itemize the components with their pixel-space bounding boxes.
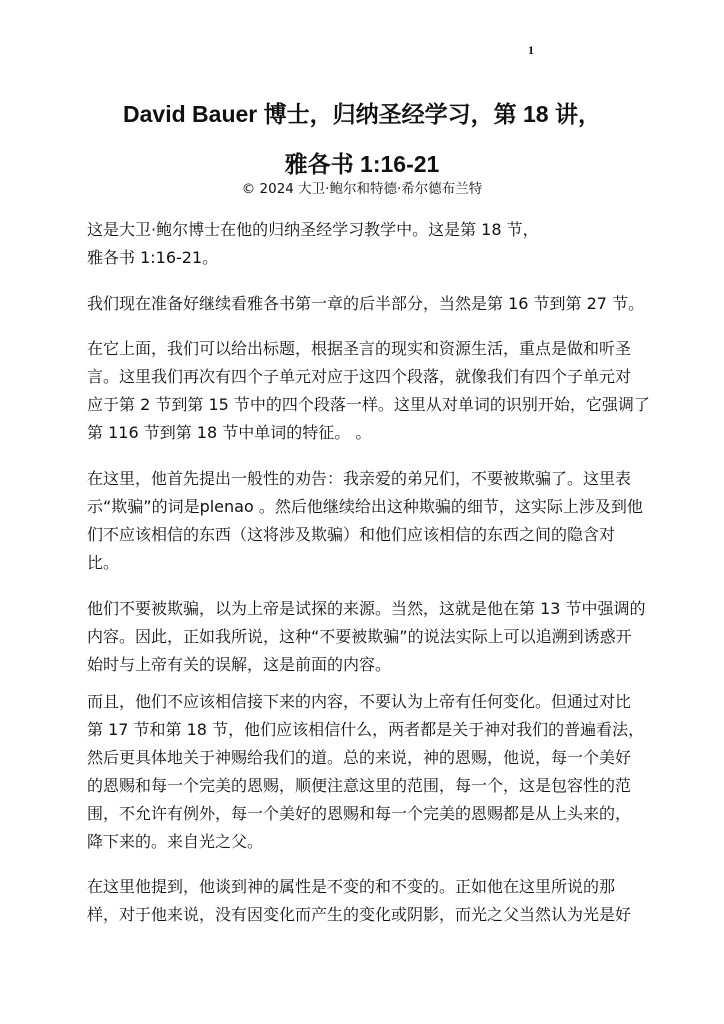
paragraph-line: 降下来的。来自光之父。 xyxy=(87,828,647,856)
paragraph-line: 比。 xyxy=(87,549,647,577)
paragraph-line: 内容。因此，正如我所说，这种“不要被欺骗”的说法实际上可以追溯到诱惑开 xyxy=(87,623,647,651)
paragraph-3: 在它上面，我们可以给出标题，根据圣言的现实和资源生活，重点是做和听圣 言。这里我… xyxy=(87,335,647,447)
paragraph-5: 他们不要被欺骗，以为上帝是试探的来源。当然，这就是他在第 13 节中强调的 内容… xyxy=(87,595,647,679)
paragraph-line: 始时与上帝有关的误解，这是前面的内容。 xyxy=(87,651,647,679)
paragraph-line: 这是大卫·鲍尔博士在他的归纳圣经学习教学中。这是第 18 节， xyxy=(87,216,647,244)
paragraph-line: 我们现在准备好继续看雅各书第一章的后半部分，当然是第 16 节到第 27 节。 xyxy=(87,290,647,318)
paragraph-line: 而且，他们不应该相信接下来的内容，不要认为上帝有任何变化。但通过对比 xyxy=(87,688,647,716)
paragraph-line: 在它上面，我们可以给出标题，根据圣言的现实和资源生活，重点是做和听圣 xyxy=(87,335,647,363)
paragraph-1: 这是大卫·鲍尔博士在他的归纳圣经学习教学中。这是第 18 节， 雅各书 1:16… xyxy=(87,216,647,272)
paragraph-line: 然后更具体地关于神赐给我们的道。总的来说，神的恩赐，他说，每一个美好 xyxy=(87,744,647,772)
paragraph-line: 在这里，他首先提出一般性的劝告：我亲爱的弟兄们，不要被欺骗了。这里表 xyxy=(87,465,647,493)
paragraph-line: 他们不要被欺骗，以为上帝是试探的来源。当然，这就是他在第 13 节中强调的 xyxy=(87,595,647,623)
paragraph-line: 围，不允许有例外，每一个美好的恩赐和每一个完美的恩赐都是从上头来的， xyxy=(87,800,647,828)
paragraph-line: 在这里他提到，他谈到神的属性是不变的和不变的。正如他在这里所说的那 xyxy=(87,873,647,901)
paragraph-line: 的恩赐和每一个完美的恩赐，顺便注意这里的范围，每一个，这是包容性的范 xyxy=(87,772,647,800)
document-title-line-2: 雅各书 1:16-21 xyxy=(0,146,724,179)
paragraph-line: 示“欺骗”的词是plenao 。然后他继续给出这种欺骗的细节，这实际上涉及到他 xyxy=(87,493,647,521)
paragraph-line: 第 17 节和第 18 节，他们应该相信什么，两者都是关于神对我们的普遍看法， xyxy=(87,716,647,744)
paragraph-4: 在这里，他首先提出一般性的劝告：我亲爱的弟兄们，不要被欺骗了。这里表 示“欺骗”… xyxy=(87,465,647,577)
paragraph-line: 雅各书 1:16-21。 xyxy=(87,244,647,272)
paragraph-line: 第 116 节到第 18 节中单词的特征。 。 xyxy=(87,419,647,447)
paragraph-2: 我们现在准备好继续看雅各书第一章的后半部分，当然是第 16 节到第 27 节。 xyxy=(87,290,647,318)
paragraph-line: 样，对于他来说，没有因变化而产生的变化或阴影，而光之父当然认为光是好 xyxy=(87,901,647,929)
paragraph-6: 而且，他们不应该相信接下来的内容，不要认为上帝有任何变化。但通过对比 第 17 … xyxy=(87,688,647,856)
paragraph-line: 们不应该相信的东西（这将涉及欺骗）和他们应该相信的东西之间的隐含对 xyxy=(87,521,647,549)
copyright-notice: © 2024 大卫·鲍尔和特德·希尔德布兰特 xyxy=(0,177,724,197)
document-title-line-1: David Bauer 博士，归纳圣经学习，第 18 讲， xyxy=(0,96,724,129)
paragraph-7: 在这里他提到，他谈到神的属性是不变的和不变的。正如他在这里所说的那 样，对于他来… xyxy=(87,873,647,929)
page-number: 1 xyxy=(528,43,534,58)
paragraph-line: 言。这里我们再次有四个子单元对应于这四个段落，就像我们有四个子单元对 xyxy=(87,363,647,391)
paragraph-line: 应于第 2 节到第 15 节中的四个段落一样。这里从对单词的识别开始，它强调了 xyxy=(87,391,647,419)
